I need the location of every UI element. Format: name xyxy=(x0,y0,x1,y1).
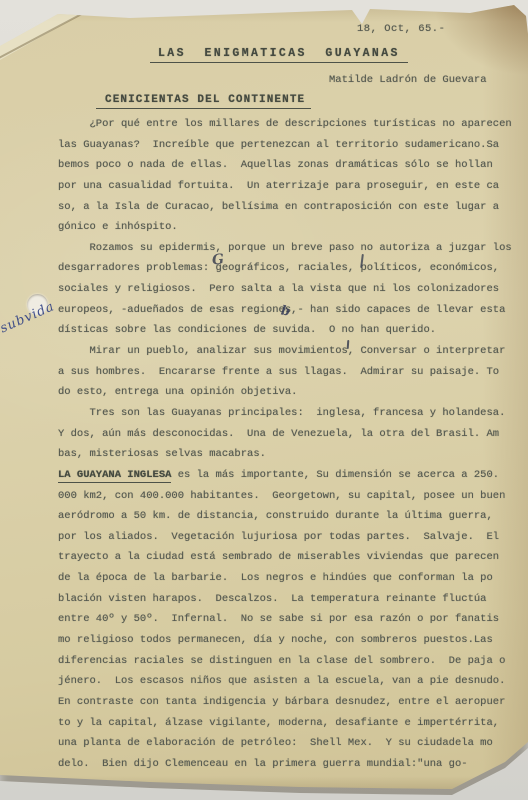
text-line: aeródromo a 50 km. de distancia, constru… xyxy=(58,506,520,527)
text-line: de la época de la barbarie. Los negros e… xyxy=(58,568,520,589)
text-line: trayecto a la ciudad está sembrado de mi… xyxy=(58,547,520,568)
text-line: dísticas sobre las condiciones de suvida… xyxy=(58,320,520,341)
date-line: 18, Oct, 65.- xyxy=(357,23,445,35)
text-line: En contraste con tanta indigencia y bárb… xyxy=(58,692,520,713)
author-byline: Matilde Ladrón de Guevara xyxy=(329,74,487,86)
scanned-manuscript-page: 18, Oct, 65.- LAS ENIGMATICAS GUAYANAS M… xyxy=(0,0,528,800)
text-line: to y la capital, álzase vigilante, moder… xyxy=(58,713,520,734)
typed-body: ¿Por qué entre los millares de descripci… xyxy=(58,114,520,775)
document-subtitle: CENICIENTAS DEL CONTINENTE xyxy=(96,94,311,109)
text-line: ¿Por qué entre los millares de descripci… xyxy=(58,114,520,135)
text-line: do esto, entrega una opinión objetiva. xyxy=(58,382,520,403)
text-line: Tres son las Guayanas principales: ingle… xyxy=(58,403,520,424)
section-lead-rest: es la más importante, Su dimensión se ac… xyxy=(171,469,499,481)
text-line: Y dos, aún más desconocidas. Una de Vene… xyxy=(58,424,520,445)
text-line: delo. Bien dijo Clemenceau en la primera… xyxy=(58,754,520,775)
text-line: 000 km2, con 400.000 habitantes. Georget… xyxy=(58,486,520,507)
text-line: Mirar un pueblo, analizar sus movimiento… xyxy=(58,341,520,362)
text-line: bemos poco o nada de ellas. Aquellas zon… xyxy=(58,155,520,176)
text-line: por los aliados. Vegetación lujuriosa po… xyxy=(58,527,520,548)
paper-sheet: 18, Oct, 65.- LAS ENIGMATICAS GUAYANAS M… xyxy=(0,0,528,800)
text-line: mo religioso todos permanecen, día y noc… xyxy=(58,630,520,651)
text-line: bas, misteriosas selvas macabras. xyxy=(58,444,520,465)
text-line: so, a la Isla de Curacao, bellísima en c… xyxy=(58,197,520,218)
document-title: LAS ENIGMATICAS GUAYANAS xyxy=(150,47,408,63)
text-line: entre 40º y 50º. Infernal. No se sabe si… xyxy=(58,609,520,630)
text-line-section: LA GUAYANA INGLESA es la más importante,… xyxy=(58,465,520,486)
text-line: diferencias raciales se distinguen en la… xyxy=(58,651,520,672)
text-line: las Guayanas? Increíble que pertenezcan … xyxy=(58,135,520,156)
text-line: jénero. Los escasos niños que asisten a … xyxy=(58,671,520,692)
text-line: desgarradores problemas: geográficos, ra… xyxy=(58,258,520,279)
text-line: gónico e inhóspito. xyxy=(58,217,520,238)
text-line: sociales y religiosos. Pero salta a la v… xyxy=(58,279,520,300)
pen-mark-g: G xyxy=(211,251,225,268)
text-line: por una casualidad fortuita. Un aterriza… xyxy=(58,176,520,197)
text-line: una planta de elaboración de petróleo: S… xyxy=(58,733,520,754)
text-line: a sus hombres. Encararse frente a sus ll… xyxy=(58,362,520,383)
text-line: Rozamos su epidermis, porque un breve pa… xyxy=(58,238,520,259)
text-line: blación visten harapos. Descalzos. La te… xyxy=(58,589,520,610)
section-heading: LA GUAYANA INGLESA xyxy=(58,469,171,483)
